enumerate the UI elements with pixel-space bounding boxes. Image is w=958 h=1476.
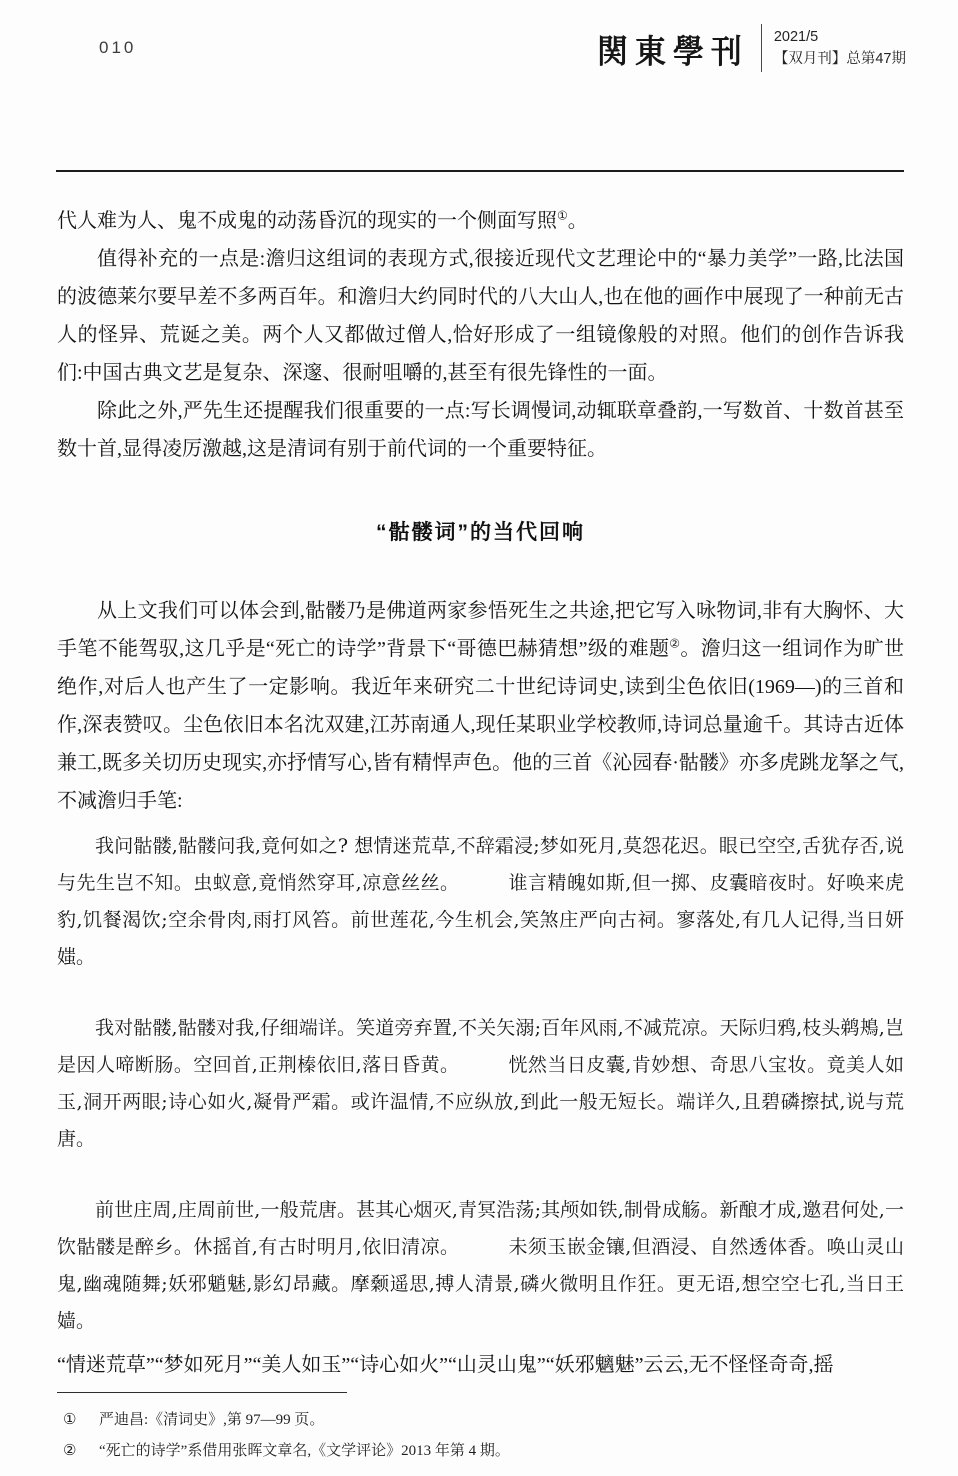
footnote-1: ① 严迪昌:《清词史》,第 97—99 页。 xyxy=(57,1405,904,1436)
paragraph-text: 代人难为人、鬼不成鬼的动荡昏沉的现实的一个侧面写照 xyxy=(57,210,557,232)
footnote-text-2: “死亡的诗学”系借用张晖文章名,《文学评论》2013 年第 4 期。 xyxy=(99,1436,904,1467)
paragraph-additional: 除此之外,严先生还提醒我们很重要的一点:写长调慢词,动辄联章叠韵,一写数首、十数… xyxy=(57,392,904,468)
paragraph-text: 。澹归这一组词作为旷世绝作,对后人也产生了一定影响。我近年来研究二十世纪诗词史,… xyxy=(57,638,904,812)
journal-masthead: 関東學刊 2021/5 【双月刊】总第47期 xyxy=(597,24,906,72)
footnote-marker-1: ① xyxy=(63,1405,83,1436)
poem-qinyuanchun-1: 我问骷髅,骷髅问我,竟何如之? 想情迷荒草,不辞霜浸;梦如死月,莫怨花迟。眼已空… xyxy=(57,828,904,976)
section-heading: “骷髅词”的当代回响 xyxy=(57,516,904,546)
page-number: 010 xyxy=(99,38,136,58)
issue-info: 2021/5 【双月刊】总第47期 xyxy=(762,26,906,70)
paragraph-continuation: 代人难为人、鬼不成鬼的动荡昏沉的现实的一个侧面写照①。 xyxy=(57,202,904,240)
issue-year-number: 2021/5 xyxy=(774,26,906,48)
footnote-divider xyxy=(57,1392,347,1393)
article-body: 代人难为人、鬼不成鬼的动荡昏沉的现实的一个侧面写照①。 值得补充的一点是:澹归这… xyxy=(57,202,904,1467)
footnote-ref-2: ② xyxy=(669,636,680,650)
paragraph-supplement: 值得补充的一点是:澹归这组词的表现方式,很接近现代文艺理论中的“暴力美学”一路,… xyxy=(57,240,904,392)
poem-qinyuanchun-3: 前世庄周,庄周前世,一般荒唐。甚其心烟灭,青冥浩荡;其颅如铁,制骨成觞。新酿才成… xyxy=(57,1192,904,1340)
footnote-ref-1: ① xyxy=(557,208,568,222)
header-rule xyxy=(56,170,904,172)
paragraph-text: 。 xyxy=(568,210,588,232)
journal-page: 010 関東學刊 2021/5 【双月刊】总第47期 代人难为人、鬼不成鬼的动荡… xyxy=(0,0,958,1476)
paragraph-commentary: “情迷荒草”“梦如死月”“美人如玉”“诗心如火”“山灵山鬼”“妖邪魑魅”云云,无… xyxy=(57,1346,904,1384)
footnote-text-1: 严迪昌:《清词史》,第 97—99 页。 xyxy=(99,1405,904,1436)
issue-frequency-total: 【双月刊】总第47期 xyxy=(774,48,906,70)
footnote-2: ② “死亡的诗学”系借用张晖文章名,《文学评论》2013 年第 4 期。 xyxy=(57,1436,904,1467)
paragraph-main: 从上文我们可以体会到,骷髅乃是佛道两家参悟死生之共途,把它写入咏物词,非有大胸怀… xyxy=(57,592,904,820)
poem-qinyuanchun-2: 我对骷髅,骷髅对我,仔细端详。笑道旁弃置,不关矢溺;百年风雨,不减荒凉。天际归鸦… xyxy=(57,1010,904,1158)
footnote-marker-2: ② xyxy=(63,1436,83,1467)
page-header: 010 関東學刊 2021/5 【双月刊】总第47期 xyxy=(57,24,906,72)
journal-title-calligraphy: 関東學刊 xyxy=(597,24,761,71)
